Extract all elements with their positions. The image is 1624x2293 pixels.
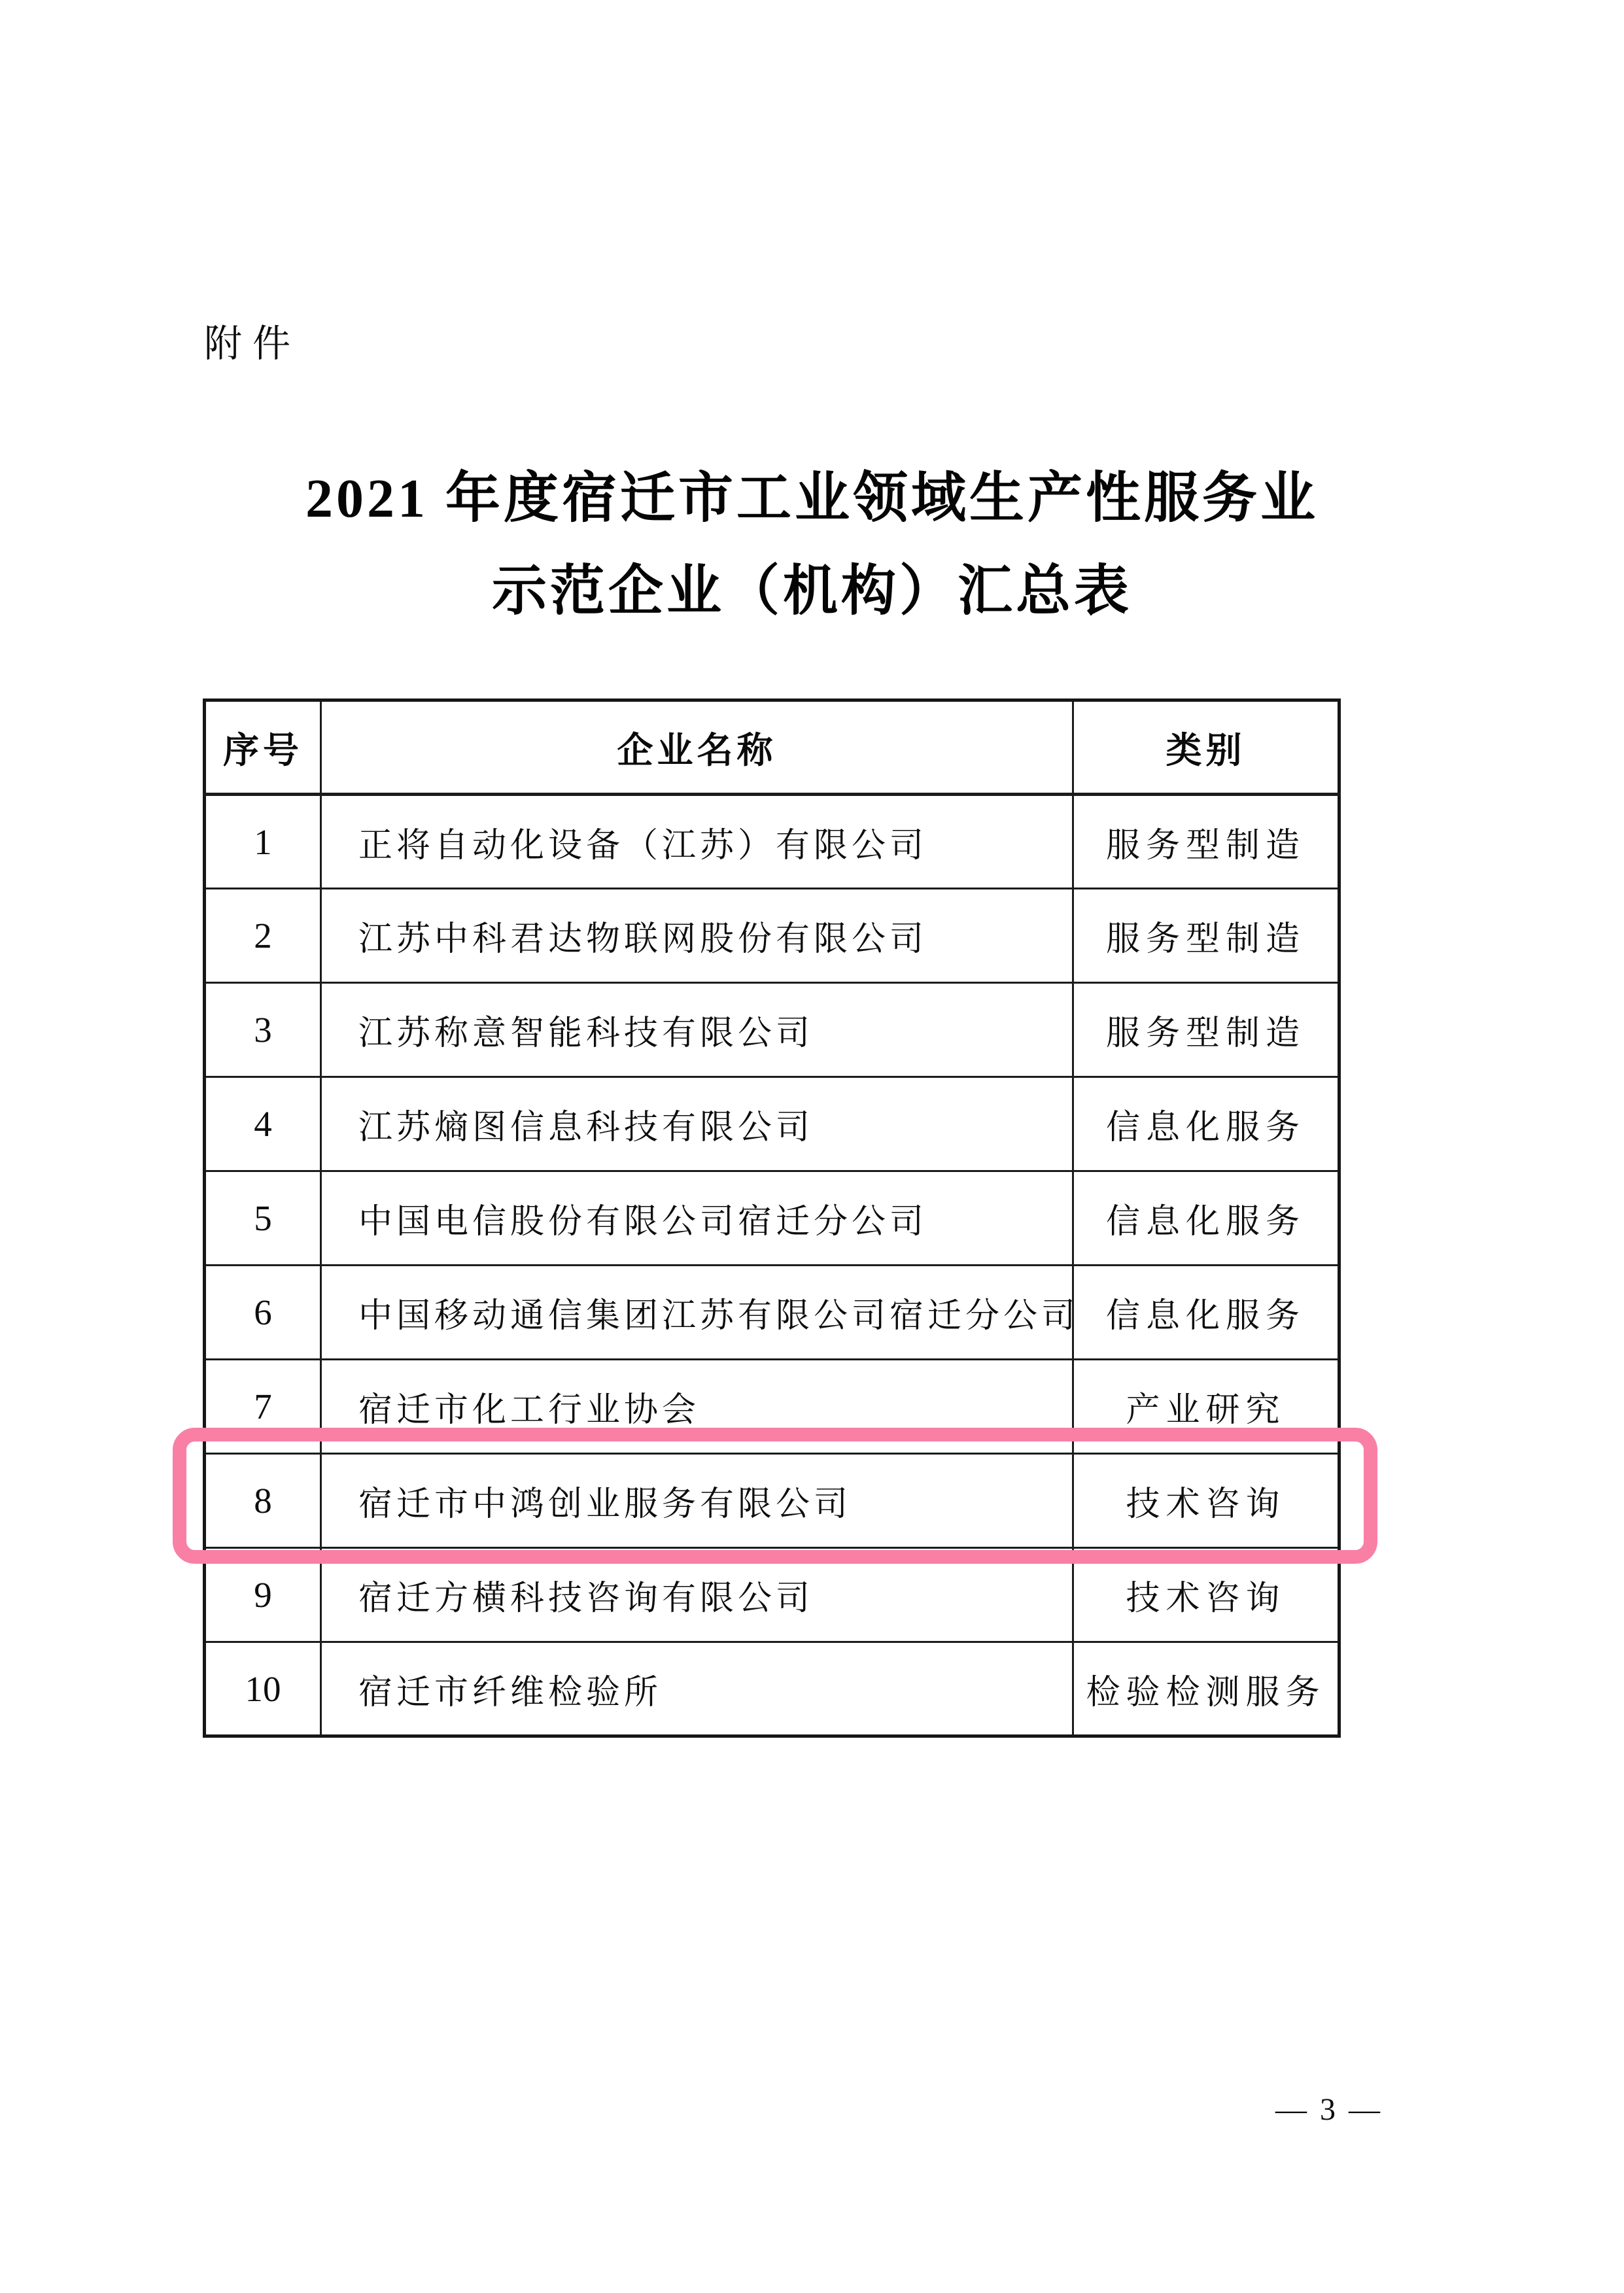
table-row: 3 江苏称意智能科技有限公司 服务型制造 xyxy=(205,983,1339,1077)
company-name: 宿迁市中鸿创业服务有限公司 xyxy=(321,1454,1073,1548)
header-category: 类别 xyxy=(1073,700,1339,795)
table-header-row: 序号 企业名称 类别 xyxy=(205,700,1339,795)
company-name: 江苏中科君达物联网股份有限公司 xyxy=(321,889,1073,983)
row-index: 10 xyxy=(205,1642,321,1736)
summary-table: 序号 企业名称 类别 1 正将自动化设备（江苏）有限公司 服务型制造 2 江苏中… xyxy=(203,698,1341,1738)
header-company-name: 企业名称 xyxy=(321,700,1073,795)
company-category: 服务型制造 xyxy=(1073,983,1339,1077)
company-category: 检验检测服务 xyxy=(1073,1642,1339,1736)
row-index: 2 xyxy=(205,889,321,983)
table-row: 10 宿迁市纤维检验所 检验检测服务 xyxy=(205,1642,1339,1736)
page-number: — 3 — xyxy=(1198,2092,1460,2128)
document-title-line-2: 示范企业（机构）汇总表 xyxy=(0,545,1624,638)
row-index: 6 xyxy=(205,1266,321,1360)
row-index: 8 xyxy=(205,1454,321,1548)
document-title: 2021 年度宿迁市工业领域生产性服务业 示范企业（机构）汇总表 xyxy=(0,453,1624,638)
company-category: 信息化服务 xyxy=(1073,1077,1339,1171)
summary-table-body: 1 正将自动化设备（江苏）有限公司 服务型制造 2 江苏中科君达物联网股份有限公… xyxy=(205,795,1339,1736)
company-name: 中国电信股份有限公司宿迁分公司 xyxy=(321,1171,1073,1266)
company-category: 服务型制造 xyxy=(1073,795,1339,889)
company-name: 宿迁方横科技咨询有限公司 xyxy=(321,1548,1073,1642)
company-category: 技术咨询 xyxy=(1073,1548,1339,1642)
company-category: 服务型制造 xyxy=(1073,889,1339,983)
row-index: 1 xyxy=(205,795,321,889)
table-row: 5 中国电信股份有限公司宿迁分公司 信息化服务 xyxy=(205,1171,1339,1266)
company-name: 江苏称意智能科技有限公司 xyxy=(321,983,1073,1077)
document-title-line-1: 2021 年度宿迁市工业领域生产性服务业 xyxy=(0,453,1624,545)
attachment-label: 附件 xyxy=(204,313,301,368)
table-row: 1 正将自动化设备（江苏）有限公司 服务型制造 xyxy=(205,795,1339,889)
table-row: 4 江苏熵图信息科技有限公司 信息化服务 xyxy=(205,1077,1339,1171)
table-row: 6 中国移动通信集团江苏有限公司宿迁分公司 信息化服务 xyxy=(205,1266,1339,1360)
table-row: 7 宿迁市化工行业协会 产业研究 xyxy=(205,1360,1339,1454)
header-index: 序号 xyxy=(205,700,321,795)
table-row: 9 宿迁方横科技咨询有限公司 技术咨询 xyxy=(205,1548,1339,1642)
table-row: 8 宿迁市中鸿创业服务有限公司 技术咨询 xyxy=(205,1454,1339,1548)
company-category: 技术咨询 xyxy=(1073,1454,1339,1548)
company-category: 产业研究 xyxy=(1073,1360,1339,1454)
company-name: 江苏熵图信息科技有限公司 xyxy=(321,1077,1073,1171)
company-name: 正将自动化设备（江苏）有限公司 xyxy=(321,795,1073,889)
row-index: 5 xyxy=(205,1171,321,1266)
document-page: 附件 2021 年度宿迁市工业领域生产性服务业 示范企业（机构）汇总表 序号 企… xyxy=(0,0,1624,2293)
row-index: 7 xyxy=(205,1360,321,1454)
company-name: 宿迁市纤维检验所 xyxy=(321,1642,1073,1736)
row-index: 4 xyxy=(205,1077,321,1171)
company-name: 宿迁市化工行业协会 xyxy=(321,1360,1073,1454)
company-name: 中国移动通信集团江苏有限公司宿迁分公司 xyxy=(321,1266,1073,1360)
company-category: 信息化服务 xyxy=(1073,1171,1339,1266)
row-index: 9 xyxy=(205,1548,321,1642)
row-index: 3 xyxy=(205,983,321,1077)
table-row: 2 江苏中科君达物联网股份有限公司 服务型制造 xyxy=(205,889,1339,983)
company-category: 信息化服务 xyxy=(1073,1266,1339,1360)
